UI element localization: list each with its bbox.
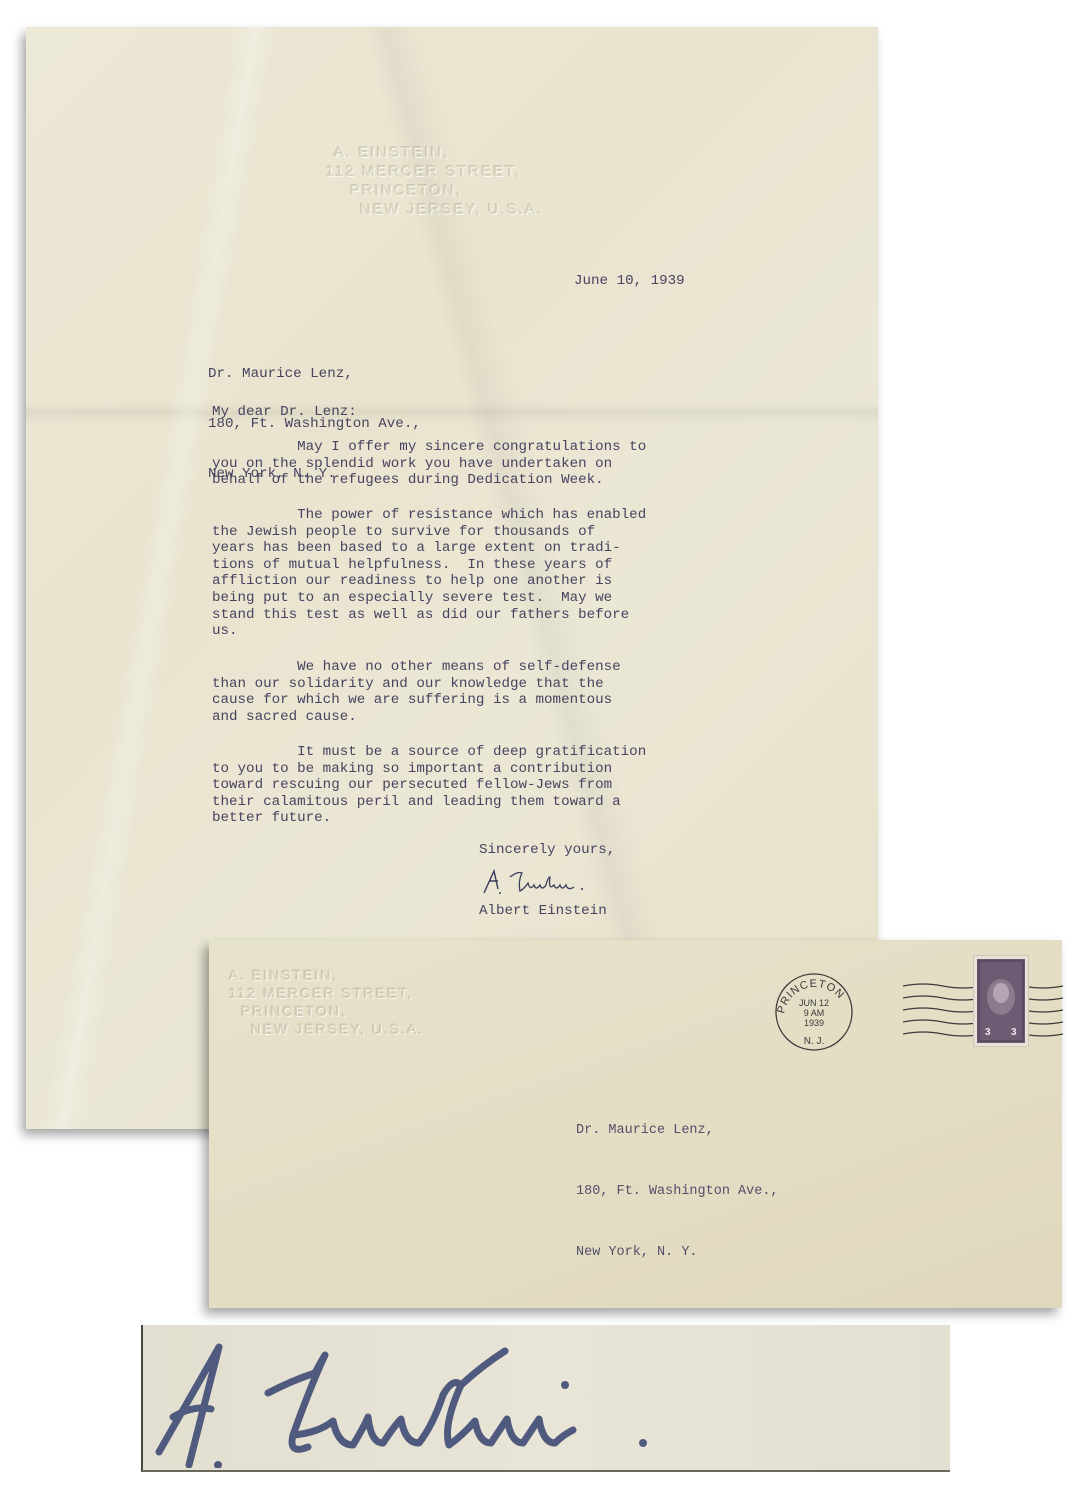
closing: Sincerely yours, (479, 842, 615, 859)
postmark-date: JUN 12 (799, 998, 829, 1008)
return-address-line: 112 MERCER STREET, (229, 984, 424, 1002)
address-line: Dr. Maurice Lenz, (576, 1123, 779, 1140)
washington-portrait-icon: 3 3 (977, 959, 1025, 1043)
letterhead-line: PRINCETON, (350, 181, 543, 200)
letterhead-line: A. EINSTEIN, (334, 143, 543, 162)
address-line: 180, Ft. Washington Ave., (576, 1184, 779, 1201)
paragraph: It must be a source of deep gratificatio… (212, 744, 646, 827)
return-address-line: PRINCETON, (241, 1002, 424, 1020)
paragraph: May I offer my sincere congratulations t… (212, 439, 646, 489)
salutation: My dear Dr. Lenz: (212, 404, 357, 421)
signature-icon (478, 867, 628, 897)
envelope: A. EINSTEIN, 112 MERCER STREET, PRINCETO… (209, 940, 1062, 1308)
postmark-state: N. J. (804, 1036, 825, 1047)
stamp-denomination-right: 3 (1011, 1027, 1017, 1038)
paragraph: The power of resistance which has enable… (212, 507, 646, 640)
envelope-return-address: A. EINSTEIN, 112 MERCER STREET, PRINCETO… (229, 966, 424, 1038)
postmark-icon: PRINCETON JUN 12 9 AM 1939 N. J. (772, 970, 856, 1054)
signature-detail-strip (141, 1325, 950, 1472)
recipient-line: Dr. Maurice Lenz, (208, 366, 421, 383)
return-address-line: A. EINSTEIN, (229, 966, 424, 984)
letterhead: A. EINSTEIN, 112 MERCER STREET, PRINCETO… (334, 143, 543, 219)
address-line: New York, N. Y. (576, 1245, 779, 1262)
postmark-year: 1939 (804, 1018, 824, 1028)
letterhead-line: 112 MERCER STREET, (326, 162, 543, 181)
signature-detail-icon (143, 1325, 948, 1468)
paragraph: We have no other means of self-defense t… (212, 659, 621, 725)
stamp-denomination-left: 3 (985, 1027, 991, 1038)
envelope-address: Dr. Maurice Lenz, 180, Ft. Washington Av… (576, 1090, 779, 1306)
postmark-time: 9 AM (804, 1008, 825, 1018)
letter-date: June 10, 1939 (574, 273, 685, 290)
signer-name: Albert Einstein (479, 903, 607, 920)
postage-stamp: 3 3 (974, 956, 1028, 1046)
letterhead-line: NEW JERSEY, U.S.A. (360, 200, 543, 219)
return-address-line: NEW JERSEY, U.S.A. (251, 1020, 424, 1038)
